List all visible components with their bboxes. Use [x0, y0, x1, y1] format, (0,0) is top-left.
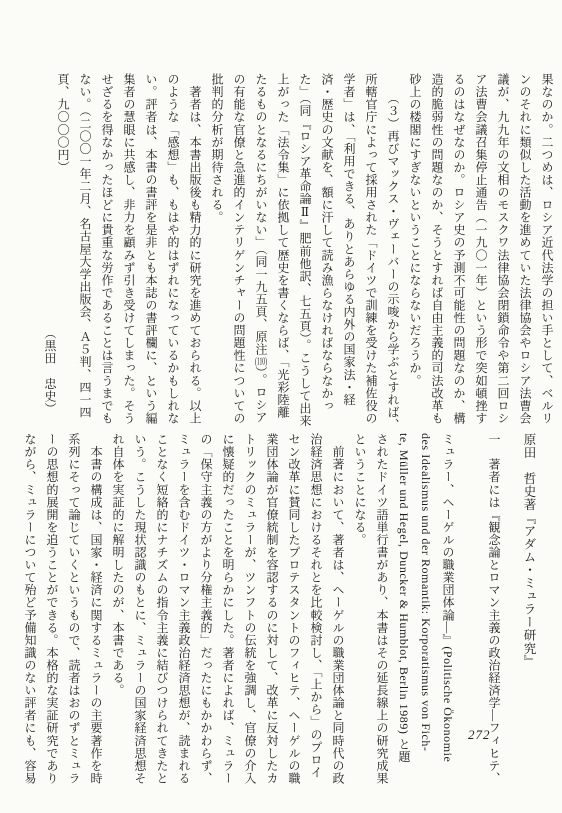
reviewer-signature: （黒田 忠史） [43, 73, 56, 425]
text-column: 学者」は、「利用できる、ありとあらゆる内外の国家法・経 [342, 73, 355, 425]
text-column: 治経済思想におけるそれとを比較検討し、「上から」のプロイ [309, 433, 322, 785]
review-ending-block: 果なのか。二つめは、ロシア近代法学の担い手として、ベルリンのそれに類似した活動を… [43, 73, 553, 425]
text-column: des Idealismus und der Romantik: Korpora… [419, 433, 432, 785]
review-start-block: 原田 哲史著『アダム・ミュラー研究』 一 著者には『観念論とロマン主義の政治経済… [23, 433, 535, 785]
journal-page: 果なのか。二つめは、ロシア近代法学の担い手として、ベルリンのそれに類似した活動を… [0, 0, 562, 813]
text-column: ンのそれに類似した活動を進めていた法律協会やロシア法曹会 [518, 73, 531, 425]
text-column: た」（同『ロシア革命論Ⅱ』肥前他訳、七五頁）。こうして出来 [298, 73, 311, 425]
text-column: 済・歴史の文献を、額に汗して読み漁らなければならなかっ [320, 73, 333, 425]
text-column: い。評者は、本書の書評を是非とも本誌の書評欄に、という編 [144, 73, 157, 425]
text-column: れ自体を実証的に解明したのが、本書である。 [111, 433, 124, 785]
text-column: 果なのか。二つめは、ロシア近代法学の担い手として、ベルリ [540, 73, 553, 425]
review-ending-columns: 果なのか。二つめは、ロシア近代法学の担い手として、ベルリンのそれに類似した活動を… [56, 73, 553, 425]
review-title: 原田 哲史著『アダム・ミュラー研究』 [522, 433, 535, 785]
text-column: たるものとなるにちがいない」（同一九五頁、原注(110)）。ロシア [254, 73, 267, 425]
text-column: セン改革に賛同したプロテスタントのフィヒテ、ヘーゲルの職 [287, 433, 300, 785]
text-column: ーの思想的展開を追うことができる。本格的な実証研究であり [45, 433, 58, 785]
text-column: 系列にそって論じていくというもので、読者はおのずとミュラ [67, 433, 80, 785]
text-column: 頁、九〇〇〇円） [56, 73, 69, 425]
text-column: 前著において、著者は、ヘーゲルの職業団体論と同時代の政 [331, 433, 344, 785]
text-column: （３）再びマックス・ヴェーバーの示唆から学ぶとすれば、 [386, 73, 399, 425]
text-column: の有能な官僚と急進的インテリゲンチャーの問題性についての [232, 73, 245, 425]
text-column: 集者の慧眼に共感し、非力を顧みず引き受けてしまった。そう [122, 73, 135, 425]
text-column: ことなく短絡的にナチズムの指令主義に結びつけられてきたと [155, 433, 168, 785]
text-column: の「保守主義の方がより分権主義的」だったにもかかわらず、 [199, 433, 212, 785]
text-column: せざるを得なかったほどに貴重な労作であることは言うまでも [100, 73, 113, 425]
text-column: ミュラーを含むドイツ・ロマン主義政治経済思想が、読まれる [177, 433, 190, 785]
text-column: 本書の構成は、国家・経済に関するミュラーの主要著作を時 [89, 433, 102, 785]
text-column: ながら、ミュラーについて殆ど予備知識のない評者にも、容易 [23, 433, 36, 785]
text-column: 所轄官庁によって採用された「ドイツで訓練を受けた補佐役の [364, 73, 377, 425]
page-number: 272 [468, 727, 491, 743]
text-column: されたドイツ語単行書があり、本書はその延長線上の研究成果 [375, 433, 388, 785]
text-column: 批判的分析が期待される。 [210, 73, 223, 425]
text-column: 砂上の楼閣にすぎないということにならないだろうか。 [408, 73, 421, 425]
text-column: ということになる。 [353, 433, 366, 785]
text-column: トリックのミュラーが、ツンフトの伝統を強調し、官僚の介入 [243, 433, 256, 785]
text-column: te, Müller und Hegel, Duncker & Humblot,… [397, 433, 410, 785]
text-column: いう。こうした現状認識のもとに、ミュラーの国家経済思想そ [133, 433, 146, 785]
text-column: 業団体論が官僚統制を容認するのに対して、改革に反対したカ [265, 433, 278, 785]
text-column: に懐疑的だったことを明らかにした。著者によれば、ミュラー [221, 433, 234, 785]
note-number: (110) [255, 356, 267, 367]
text-column: のような「感想」も、もはや的はずれになっているかもしれな [166, 73, 179, 425]
text-column: 著者は、本書出版後も精力的に研究を進めておられる。以上 [188, 73, 201, 425]
text-column: 造的脆弱性の問題なのか、そうとすれば自由主義的司法改革も [430, 73, 443, 425]
text-column: 議が、九九年の文相のモスクワ法律協会閉鎖命令や第二回ロシ [496, 73, 509, 425]
text-column: るのはなぜなのか。ロシア史の予測不可能性の問題なのか、構 [452, 73, 465, 425]
text-column: ない。（二〇〇一年二月、名古屋大学出版会、Ａ５判、四一四 [78, 73, 91, 425]
text-column: 上がった「法令集」に依拠して歴史を書くならば、「光彩陸離 [276, 73, 289, 425]
text-column: ミュラー、ヘーゲルの職業団体論―』(Politische Ökonomie [441, 433, 454, 785]
text-column: ア法曹会議召集停止通告（一九〇一年）という形で突如頓挫す [474, 73, 487, 425]
review-start-columns: 一 著者には『観念論とロマン主義の政治経済学―フィヒテ、ミュラー、ヘーゲルの職業… [23, 433, 500, 785]
